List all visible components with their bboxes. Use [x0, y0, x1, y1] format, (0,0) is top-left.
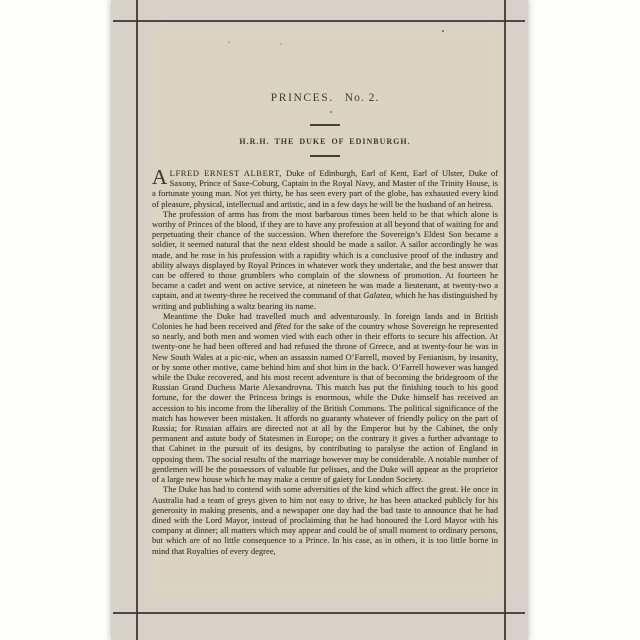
paragraph: ALFRED ERNEST ALBERT, Duke of Edinburgh,… [152, 168, 498, 209]
article-body: ALFRED ERNEST ALBERT, Duke of Edinburgh,… [152, 168, 498, 602]
italic-text-segment: fêted [274, 321, 291, 331]
text-segment: for the sake of the country whose Sovere… [152, 321, 498, 484]
italic-text-segment: Galatea [363, 290, 390, 300]
series-title-text: PRINCES. [271, 92, 334, 104]
article-title: H.R.H. THE DUKE OF EDINBURGH. [152, 136, 498, 147]
subtitle-divider-rule [310, 155, 340, 157]
printed-page: PRINCES.No. 2. H.R.H. THE DUKE OF EDINBU… [111, 0, 528, 640]
text-segment: The profession of arms has from the most… [152, 209, 498, 301]
border-rule-top [113, 20, 525, 22]
issue-number: No. 2. [345, 92, 379, 104]
paragraph: Meantime the Duke had travelled much and… [152, 311, 498, 484]
paper-speck [280, 43, 282, 45]
paragraph: The Duke has had to contend with some ad… [152, 484, 498, 555]
text-segment: LFRED ERNEST ALBERT, [170, 168, 282, 178]
drop-cap: A [152, 168, 170, 186]
text-segment: The Duke has had to contend with some ad… [152, 484, 498, 555]
border-rule-left [136, 0, 138, 640]
paper-speck [442, 30, 444, 32]
border-rule-right [504, 0, 506, 640]
paragraph: The profession of arms has from the most… [152, 209, 498, 311]
printed-content: PRINCES.No. 2. H.R.H. THE DUKE OF EDINBU… [152, 92, 498, 602]
border-rule-bottom [113, 612, 525, 614]
title-divider-rule [310, 124, 340, 126]
photo-background: PRINCES.No. 2. H.R.H. THE DUKE OF EDINBU… [0, 0, 640, 640]
series-title: PRINCES.No. 2. [152, 92, 498, 105]
paper-speck [228, 41, 230, 43]
